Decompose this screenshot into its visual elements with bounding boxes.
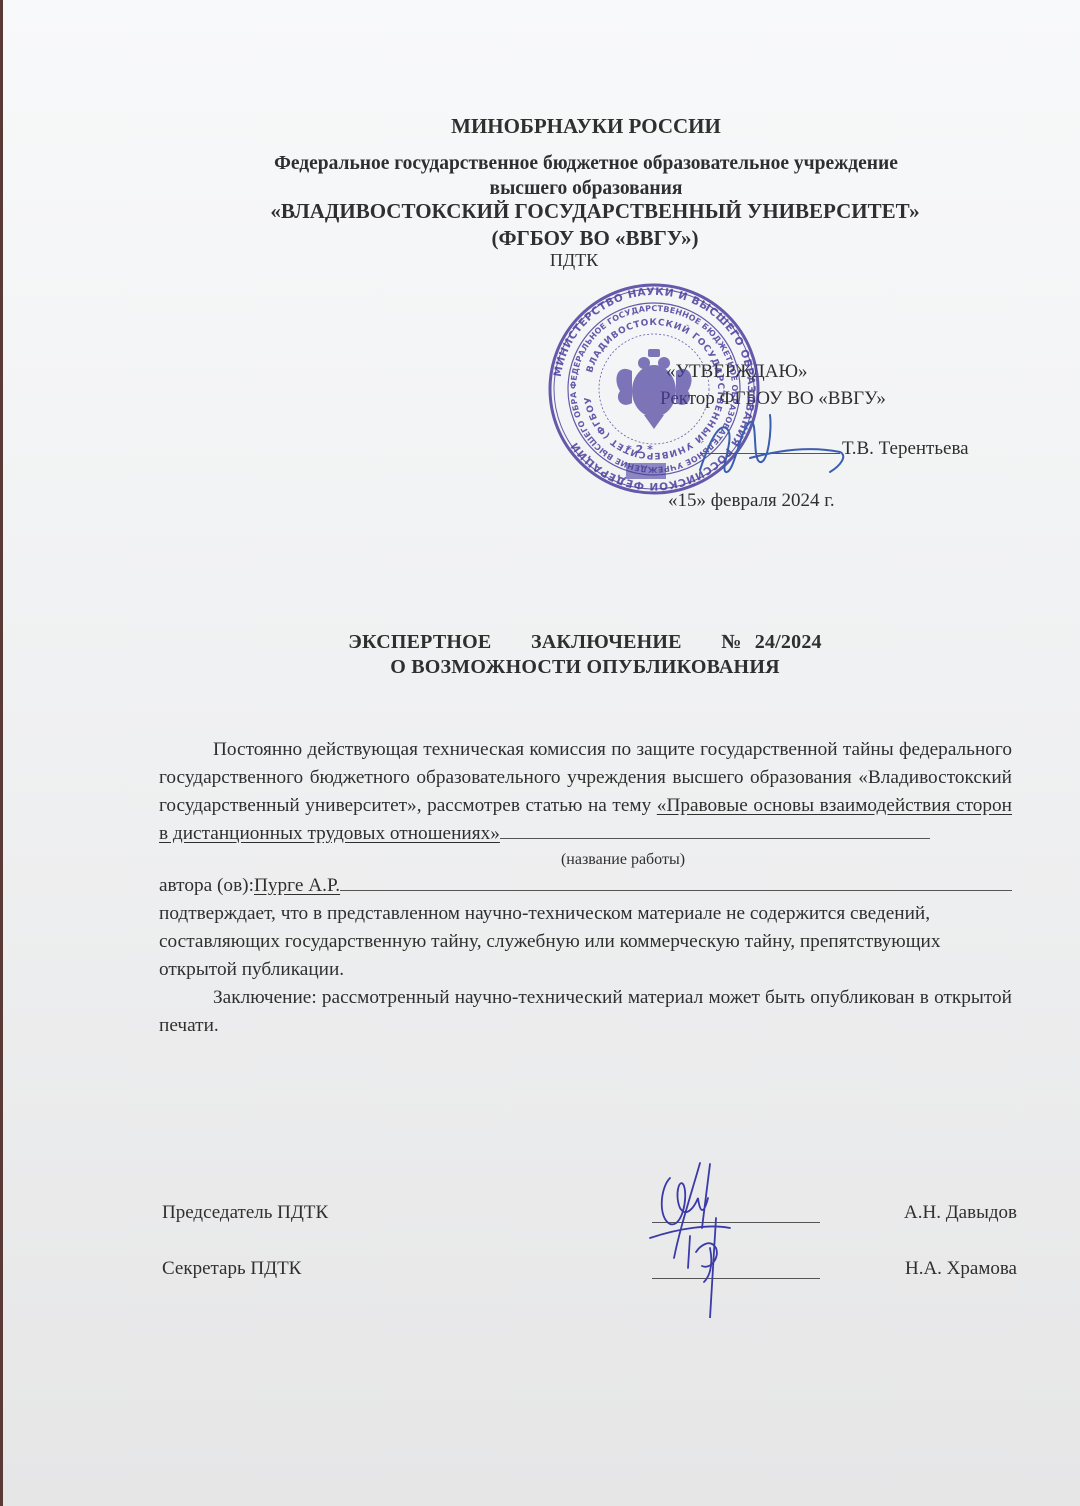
work-title-fill-line [500, 820, 930, 839]
organization-name: Федеральное государственное бюджетное об… [0, 151, 1080, 201]
university-abbr: (ФГБОУ ВО «ВВГУ») [0, 225, 1080, 252]
handwritten-signatures-icon [640, 1158, 760, 1318]
document-body: Постоянно действующая техническая комисс… [159, 736, 1012, 1040]
document-title: ЭКСПЕРТНОЕ ЗАКЛЮЧЕНИЕ № 24/2024 О ВОЗМОЖ… [0, 630, 1080, 680]
signer-role: Секретарь ПДТК [162, 1258, 301, 1280]
work-title-caption: (название работы) [159, 848, 1012, 872]
signer-name: Н.А. Храмова [905, 1258, 1017, 1280]
author-value: Пурге А.Р. [254, 872, 340, 900]
university-title: «ВЛАДИВОСТОКСКИЙ ГОСУДАРСТВЕННЫЙ УНИВЕРС… [0, 198, 1080, 225]
signer-name: А.Н. Давыдов [904, 1202, 1017, 1224]
confirmation-paragraph: подтверждает, что в представленном научн… [159, 900, 1012, 984]
author-row: автора (ов): Пурге А.Р. [159, 872, 1012, 900]
signatures-block: Председатель ПДТК А.Н. Давыдов Секретарь… [162, 1202, 1017, 1314]
approver-name: Т.В. Терентьева [842, 438, 969, 459]
university-name: «ВЛАДИВОСТОКСКИЙ ГОСУДАРСТВЕННЫЙ УНИВЕРС… [0, 198, 1080, 252]
author-fill-line [340, 872, 1012, 891]
org-line-1: Федеральное государственное бюджетное об… [0, 151, 1080, 176]
rector-signature-icon [690, 400, 850, 490]
signer-role: Председатель ПДТК [162, 1202, 328, 1224]
title-line-1: ЭКСПЕРТНОЕ ЗАКЛЮЧЕНИЕ № 24/2024 [0, 630, 1080, 655]
intro-paragraph: Постоянно действующая техническая комисс… [159, 736, 1012, 848]
ministry-header: МИНОБРНАУКИ РОССИИ [0, 114, 1080, 139]
svg-text:* 2 *: * 2 * [626, 443, 653, 456]
department-label: ПДТК [0, 250, 1080, 271]
title-line-2: О ВОЗМОЖНОСТИ ОПУБЛИКОВАНИЯ [0, 655, 1080, 680]
signer-chairman: Председатель ПДТК А.Н. Давыдов [162, 1202, 1017, 1258]
signer-secretary: Секретарь ПДТК Н.А. Храмова [162, 1258, 1017, 1314]
author-label: автора (ов): [159, 872, 254, 900]
conclusion-paragraph: Заключение: рассмотренный научно-техниче… [159, 984, 1012, 1040]
